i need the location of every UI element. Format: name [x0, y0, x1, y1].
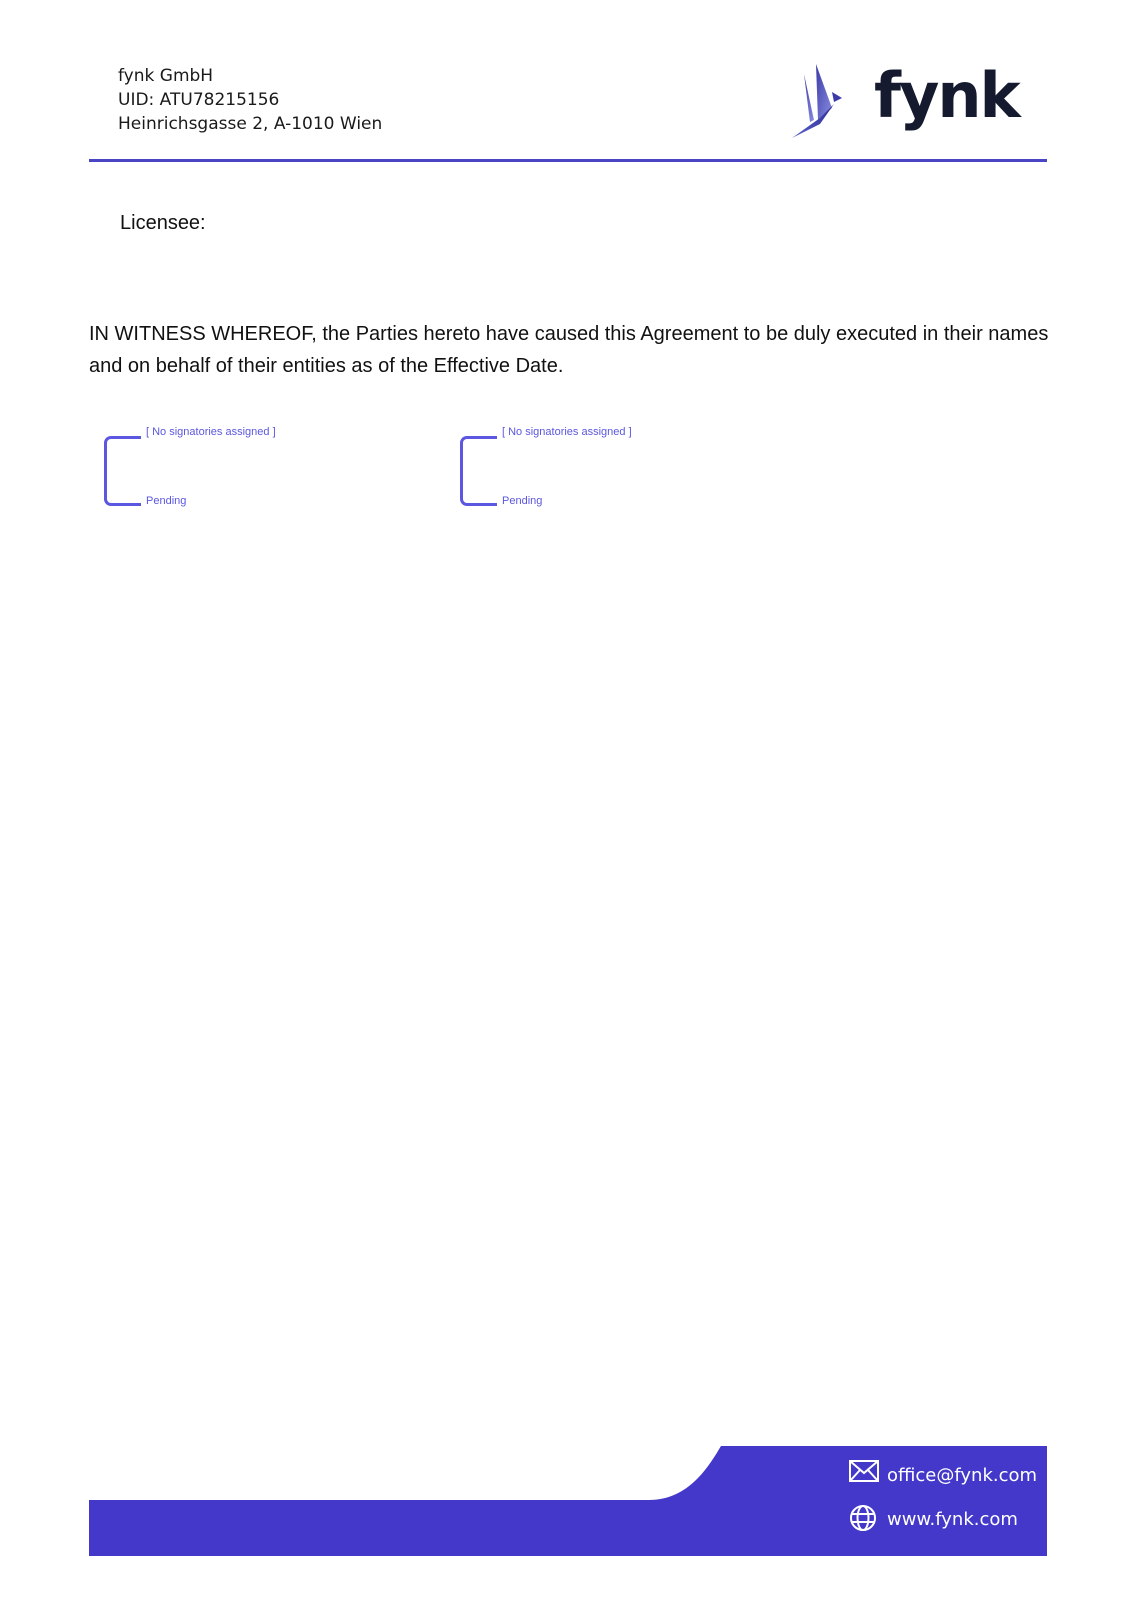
logo-wordmark: fynk [874, 60, 1019, 132]
signature-bracket [104, 436, 141, 506]
signature-block-1[interactable]: [ No signatories assigned ] Pending [88, 426, 338, 506]
globe-icon [849, 1504, 879, 1534]
company-name: fynk GmbH [118, 64, 382, 88]
footer-band: office@fynk.com www.fynk.com [89, 1446, 1047, 1556]
company-address: Heinrichsgasse 2, A-1010 Wien [118, 112, 382, 136]
signatories-text: [ No signatories assigned ] [502, 426, 632, 438]
footer-website[interactable]: www.fynk.com [849, 1504, 1018, 1534]
website-link[interactable]: www.fynk.com [887, 1509, 1018, 1530]
signature-status: Pending [502, 495, 542, 507]
email-link[interactable]: office@fynk.com [887, 1465, 1037, 1486]
signature-bracket [460, 436, 497, 506]
licensee-label: Licensee: [120, 212, 206, 235]
signatories-text: [ No signatories assigned ] [146, 426, 276, 438]
footer-email[interactable]: office@fynk.com [849, 1460, 1037, 1490]
envelope-icon [849, 1460, 879, 1490]
origami-bird-icon [790, 62, 856, 140]
company-info: fynk GmbH UID: ATU78215156 Heinrichsgass… [118, 64, 382, 136]
company-uid: UID: ATU78215156 [118, 88, 382, 112]
fynk-logo: fynk [808, 62, 1008, 144]
signature-block-2[interactable]: [ No signatories assigned ] Pending [444, 426, 694, 506]
signature-status: Pending [146, 495, 186, 507]
witness-clause: IN WITNESS WHEREOF, the Parties hereto h… [89, 318, 1049, 382]
header-divider [89, 159, 1047, 162]
